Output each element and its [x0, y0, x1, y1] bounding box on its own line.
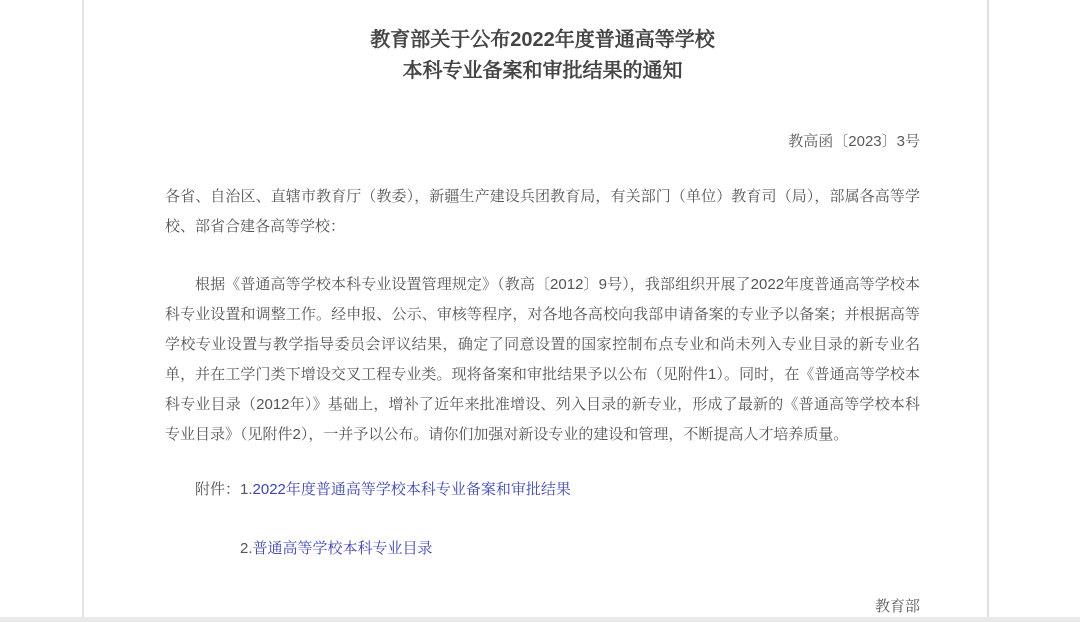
page-edge-left	[82, 0, 84, 617]
document-title: 教育部关于公布2022年度普通高等学校 本科专业备案和审批结果的通知	[165, 0, 920, 87]
attachment-line-2: 2.普通高等学校本科专业目录	[165, 534, 920, 564]
addressee-paragraph: 各省、自治区、直辖市教育厅（教委），新疆生产建设兵团教育局，有关部门（单位）教育…	[165, 182, 920, 242]
document-content: 教育部关于公布2022年度普通高等学校 本科专业备案和审批结果的通知 教高函〔2…	[165, 0, 920, 622]
signature: 教育部	[165, 592, 920, 622]
attachment-2-link[interactable]: 普通高等学校本科专业目录	[253, 540, 433, 557]
document-title-line-2: 本科专业备案和审批结果的通知	[165, 56, 920, 87]
document-title-line-1: 教育部关于公布2022年度普通高等学校	[165, 25, 920, 56]
attachment-1-number: 1.	[240, 481, 253, 498]
page-edge-right	[987, 0, 989, 617]
attachment-2-number: 2.	[240, 540, 253, 557]
attachments-label: 附件：	[195, 481, 240, 498]
attachment-1-link[interactable]: 2022年度普通高等学校本科专业备案和审批结果	[253, 481, 571, 498]
document-page: 教育部关于公布2022年度普通高等学校 本科专业备案和审批结果的通知 教高函〔2…	[0, 0, 1080, 622]
body-paragraph: 根据《普通高等学校本科专业设置管理规定》（教高〔2012〕9号），我部组织开展了…	[165, 270, 920, 450]
attachment-line-1: 附件：1.2022年度普通高等学校本科专业备案和审批结果	[165, 475, 920, 505]
document-number: 教高函〔2023〕3号	[165, 127, 920, 157]
